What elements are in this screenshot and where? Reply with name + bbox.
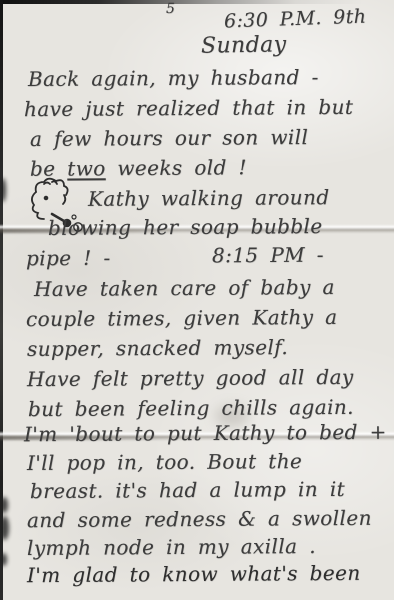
edge-smudge bbox=[0, 497, 8, 513]
letter-page: 5 6:30 P.M. 9th Sunday Back again, my hu… bbox=[0, 0, 394, 600]
edge-smudge bbox=[0, 516, 9, 540]
page-number: 5 bbox=[166, 1, 175, 17]
handwritten-line: pipe ! - bbox=[26, 246, 111, 271]
header-time: 6:30 P.M. 9th bbox=[224, 6, 367, 33]
handwritten-line: supper, snacked myself. bbox=[27, 335, 288, 361]
edge-smudge bbox=[0, 178, 6, 202]
handwritten-line: and some redness & a swollen bbox=[27, 506, 372, 532]
line-text: be bbox=[30, 156, 67, 180]
handwritten-line: Back again, my husband - bbox=[28, 65, 319, 91]
scan-edge-top bbox=[0, 0, 394, 4]
handwritten-line: I'll pop in, too. Bout the bbox=[27, 449, 302, 475]
handwritten-line: have just realized that in but bbox=[24, 95, 353, 121]
handwritten-line: Kathy walking around bbox=[88, 185, 330, 211]
handwritten-line: blowing her soap bubble bbox=[48, 214, 323, 240]
time-note: 8:15 PM - bbox=[212, 243, 324, 268]
handwritten-line: lymph node in my axilla . bbox=[27, 534, 316, 560]
handwritten-line: I'm glad to know what's been bbox=[27, 561, 361, 587]
line-text: weeks old ! bbox=[106, 155, 247, 180]
handwritten-line: couple times, given Kathy a bbox=[26, 305, 338, 331]
header-day: Sunday bbox=[201, 32, 287, 58]
handwritten-line: Have felt pretty good all day bbox=[27, 365, 354, 391]
underlined-word: two bbox=[67, 156, 106, 180]
handwritten-line: I'm 'bout to put Kathy to bed + bbox=[24, 420, 387, 447]
handwritten-line: be two weeks old ! bbox=[30, 155, 247, 181]
handwritten-line: a few hours our son will bbox=[30, 125, 308, 151]
edge-smudge bbox=[0, 553, 7, 566]
handwritten-line: breast. it's had a lump in it bbox=[30, 477, 345, 503]
handwritten-line: Have taken care of baby a bbox=[34, 275, 335, 301]
handwritten-line: but been feeling chills again. bbox=[28, 395, 354, 421]
